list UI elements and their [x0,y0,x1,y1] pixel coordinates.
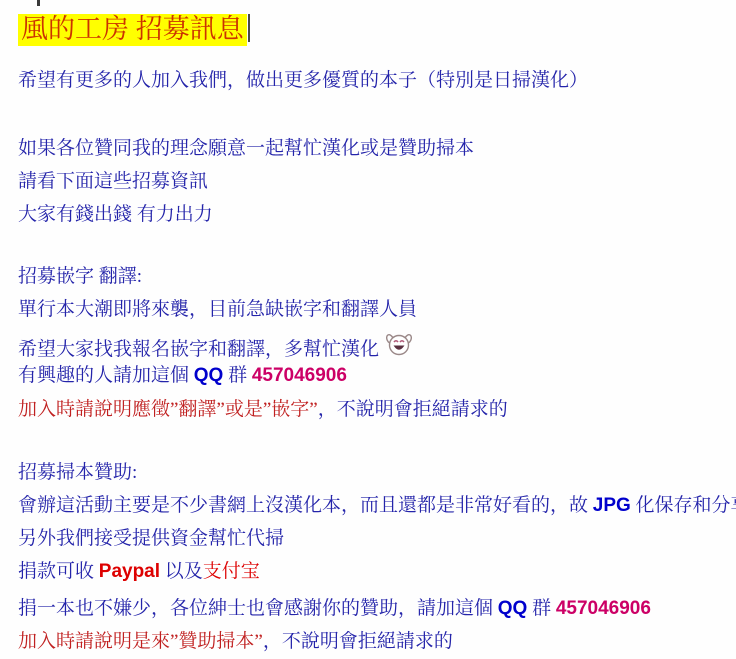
signup-text: 希望大家找我報名嵌字和翻譯，多幫忙漢化 [18,339,379,360]
paragraph-note-1: 加入時請說明應徵”翻譯”或是”嵌字”，不說明會拒絕請求的 [18,398,508,422]
donate-mid: 以及 [160,561,203,582]
note1-blue-text: ，不說明會拒絕請求的 [318,399,508,420]
reason-post: 化保存和分享 [631,495,736,516]
qq1-group-number: 457046906 [252,365,347,386]
qq2-pre: 捐一本也不嫌少，各位紳士也會感謝你的贊助，請加這個 [18,598,498,619]
paragraph-funds: 另外我們接受提供資金幫忙代掃 [18,527,284,551]
document-page[interactable]: 風的工房 招募訊息 希望有更多的人加入我們，做出更多優質的本子（特別是日掃漢化）… [0,0,736,659]
qq1-mid: 群 [223,365,252,386]
paragraph-money-effort: 大家有錢出錢 有力出力 [18,203,213,227]
qq2-mid: 群 [527,598,556,619]
paragraph-note-2: 加入時請說明是來”贊助掃本”，不說明會拒絕請求的 [18,630,453,654]
paragraph-see-below: 請看下面這些招募資訊 [18,170,208,194]
paragraph-signup: 希望大家找我報名嵌字和翻譯，多幫忙漢化 [18,331,412,362]
note1-red-text: 加入時請說明應徵”翻譯”或是”嵌字” [18,399,318,420]
paragraph-reason: 會辦這活動主要是不少書網上沒漢化本，而且還都是非常好看的，故 JPG 化保存和分… [18,494,736,518]
note2-blue-text: ，不說明會拒絕請求的 [263,631,453,652]
paragraph-qq-group-2: 捐一本也不嫌少，各位紳士也會感謝你的贊助，請加這個 QQ 群 457046906 [18,597,651,621]
qq2-group-number: 457046906 [556,598,651,619]
artifact-mark [37,0,40,6]
heading-typeset-translate: 招募嵌字 翻譯: [18,265,142,289]
text-cursor [248,14,250,42]
paragraph-donate: 捐款可收 Paypal 以及支付宝 [18,560,260,584]
qq1-qq-label: QQ [194,365,224,386]
alipay-label: 支付宝 [203,561,260,582]
title-highlighted-text: 風的工房 招募訊息 [18,14,247,46]
qq1-pre: 有興趣的人請加這個 [18,365,194,386]
laughing-face-with-hands-emoji [386,331,412,357]
paragraph-agree: 如果各位贊同我的理念願意一起幫忙漢化或是贊助掃本 [18,137,474,161]
qq2-qq-label: QQ [498,598,528,619]
heading-scan-sponsor: 招募掃本贊助: [18,461,137,485]
reason-pre: 會辦這活動主要是不少書網上沒漢化本，而且還都是非常好看的，故 [18,495,593,516]
note2-red-text: 加入時請說明是來”贊助掃本” [18,631,263,652]
donate-pre: 捐款可收 [18,561,99,582]
jpg-label: JPG [593,495,631,516]
document-title: 風的工房 招募訊息 [18,13,250,45]
paragraph-intro: 希望有更多的人加入我們，做出更多優質的本子（特別是日掃漢化） [18,69,588,93]
paypal-label: Paypal [99,561,160,582]
paragraph-tankobon-wave: 單行本大潮即將來襲，目前急缺嵌字和翻譯人員 [18,298,417,322]
paragraph-qq-group-1: 有興趣的人請加這個 QQ 群 457046906 [18,364,347,388]
